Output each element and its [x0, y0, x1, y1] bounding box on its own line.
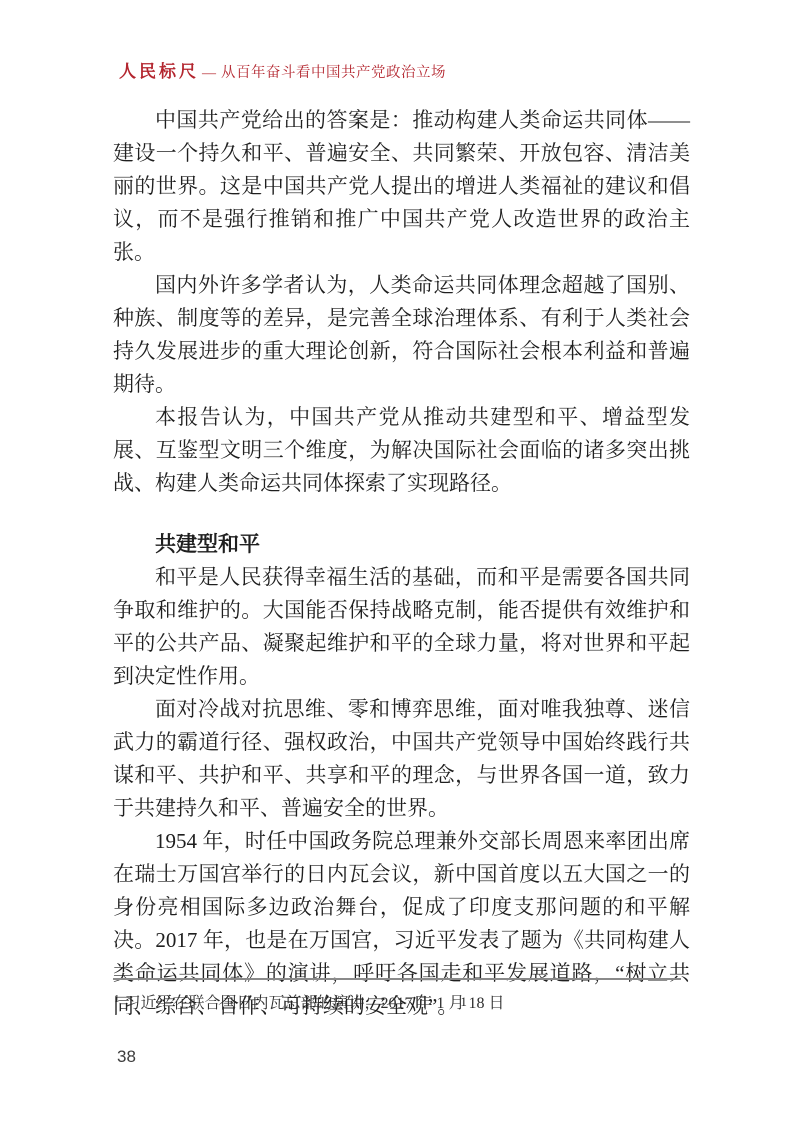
paragraph-report-view: 本报告认为，中国共产党从推动共建型和平、增益型发展、互鉴型文明三个维度，为解决国… — [113, 401, 690, 500]
document-page: 人民标尺 — 从百年奋斗看中国共产党政治立场 中国共产党给出的答案是：推动构建人… — [0, 0, 800, 1124]
footnote-divider — [113, 978, 681, 980]
footnote-marker: 1 — [114, 993, 120, 1005]
paragraph-geneva-text: 1954 年，时任中国政务院总理兼外交部长周恩来率团出席在瑞士万国宫举行的日内瓦… — [113, 829, 690, 1018]
paragraph-peace-foundation: 和平是人民获得幸福生活的基础，而和平是需要各国共同争取和维护的。大国能否保持战略… — [113, 561, 690, 693]
footnote-text: 习近平在联合国日内瓦总部的演讲，2017 年 1 月 18 日 — [125, 995, 505, 1012]
running-header: 人民标尺 — 从百年奋斗看中国共产党政治立场 — [119, 57, 446, 82]
book-title: 人民标尺 — [119, 57, 199, 82]
section-heading: 共建型和平 — [113, 528, 690, 561]
header-dash: — — [202, 66, 216, 82]
paragraph-scholars: 国内外许多学者认为，人类命运共同体理念超越了国别、种族、制度等的差异，是完善全球… — [113, 269, 690, 401]
footnote: 1习近平在联合国日内瓦总部的演讲，2017 年 1 月 18 日 — [114, 992, 684, 1016]
paragraph-cold-war: 面对冷战对抗思维、零和博弈思维，面对唯我独尊、迷信武力的霸道行径、强权政治，中国… — [113, 693, 690, 825]
page-number: 38 — [117, 1046, 136, 1068]
paragraph-answer: 中国共产党给出的答案是：推动构建人类命运共同体——建设一个持久和平、普遍安全、共… — [113, 104, 690, 269]
book-subtitle: 从百年奋斗看中国共产党政治立场 — [221, 61, 446, 82]
body-text-column: 中国共产党给出的答案是：推动构建人类命运共同体——建设一个持久和平、普遍安全、共… — [113, 104, 690, 1023]
